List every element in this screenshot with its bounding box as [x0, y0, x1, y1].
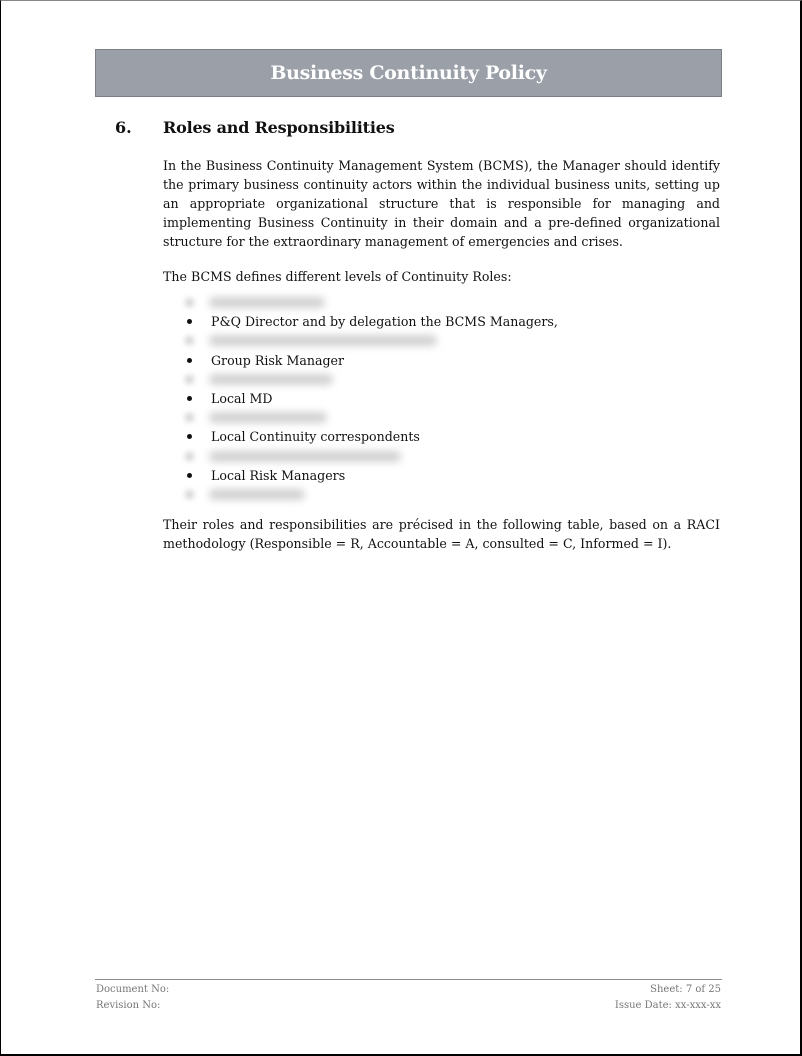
list-item-redacted [163, 331, 723, 350]
continuity-roles-list: P&Q Director and by delegation the BCMS … [163, 293, 723, 504]
list-item: Local Continuity correspondents [163, 427, 723, 446]
bullet-icon [187, 473, 192, 478]
document-footer: Document No: Sheet: 7 of 25 Revision No:… [96, 982, 721, 1013]
list-item-label: P&Q Director and by delegation the BCMS … [211, 312, 558, 331]
bullet-icon [185, 452, 194, 461]
intro-paragraph: In the Business Continuity Management Sy… [163, 156, 720, 251]
bullet-icon [185, 336, 194, 345]
list-item-label: Group Risk Manager [211, 351, 344, 370]
list-item-label: Local Continuity correspondents [211, 427, 420, 446]
document-page: Business Continuity Policy 6. Roles and … [0, 0, 802, 1056]
issue-date: Issue Date: xx-xxx-xx [615, 998, 721, 1014]
list-item: P&Q Director and by delegation the BCMS … [163, 312, 723, 331]
redacted-text [209, 335, 437, 346]
list-item-redacted [163, 293, 723, 312]
bullet-icon [185, 298, 194, 307]
list-item-label: Local MD [211, 389, 273, 408]
list-item: Local Risk Managers [163, 466, 723, 485]
list-item-label: Local Risk Managers [211, 466, 345, 485]
list-item: Group Risk Manager [163, 351, 723, 370]
list-item-redacted [163, 447, 723, 466]
bullet-icon [187, 358, 192, 363]
redacted-text [209, 412, 327, 423]
sheet-number: Sheet: 7 of 25 [650, 982, 721, 998]
bullet-icon [185, 490, 194, 499]
raci-paragraph: Their roles and responsibilities are pré… [163, 515, 720, 553]
document-number-label: Document No: [96, 982, 169, 998]
bullet-icon [185, 413, 194, 422]
levels-intro-paragraph: The BCMS defines different levels of Con… [163, 267, 720, 286]
list-item-redacted [163, 370, 723, 389]
bullet-icon [187, 319, 192, 324]
redacted-text [209, 297, 325, 308]
section-title: Roles and Responsibilities [163, 118, 395, 137]
section-number: 6. [115, 118, 132, 137]
bullet-icon [185, 375, 194, 384]
bullet-icon [187, 434, 192, 439]
redacted-text [209, 374, 333, 385]
list-item-redacted [163, 408, 723, 427]
redacted-text [209, 489, 305, 500]
revision-number-label: Revision No: [96, 998, 160, 1014]
bullet-icon [187, 396, 192, 401]
list-item-redacted [163, 485, 723, 504]
redacted-text [209, 451, 401, 462]
document-title: Business Continuity Policy [270, 62, 546, 84]
list-item: Local MD [163, 389, 723, 408]
document-header-band: Business Continuity Policy [95, 49, 722, 97]
footer-divider [95, 979, 722, 980]
